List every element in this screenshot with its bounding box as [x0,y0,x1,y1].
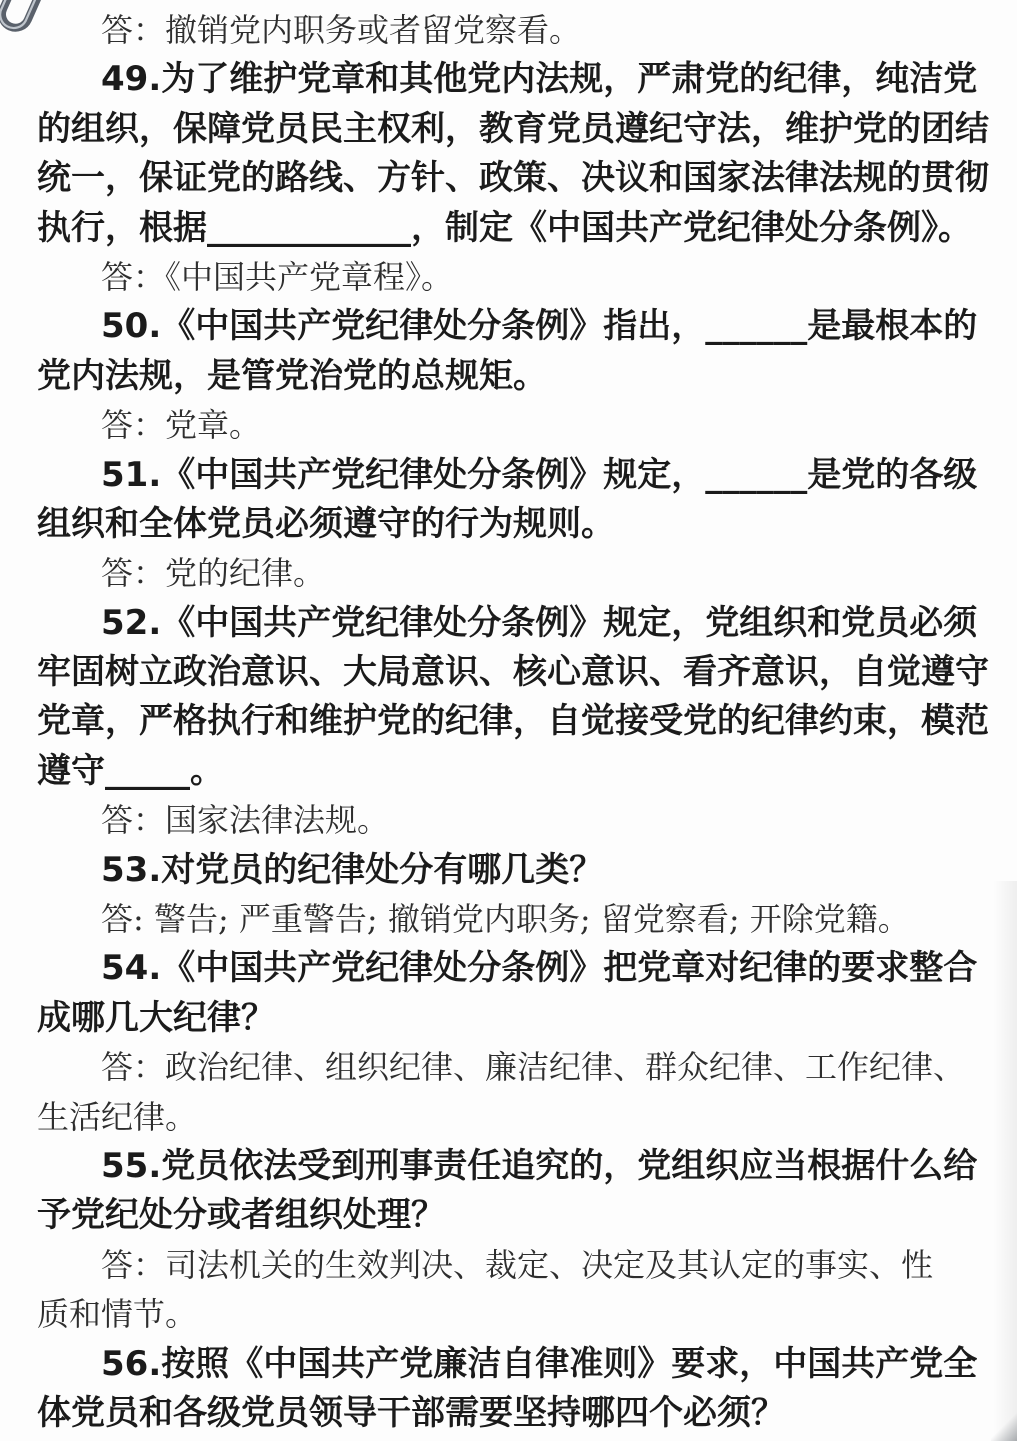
qa-paragraph: 答：国家法律法规。 [37,796,981,845]
answer-line: 答：国家法律法规。 [37,796,981,845]
qa-paragraph: 51.《中国共产党纪律处分条例》规定，______是党的各级 组织和全体党员必须… [37,451,981,550]
answer-line: 答：司法机关的生效判决、裁定、决定及其认定的事实、性 [37,1241,981,1290]
qa-paragraph: 答：党章。 [37,401,981,450]
qa-paragraph: 53.对党员的纪律处分有哪几类？ [37,846,981,895]
document-page: 答：撤销党内职务或者留党察看。 49.为了维护党章和其他党内法规，严肃党的纪律，… [0,0,1017,1441]
question-line: 牢固树立政治意识、大局意识、核心意识、看齐意识，自觉遵守 [37,648,981,697]
question-line: 49.为了维护党章和其他党内法规，严肃党的纪律，纯洁党 [37,55,981,104]
qa-paragraph: 55.党员依法受到刑事责任追究的，党组织应当根据什么给 予党纪处分或者组织处理？ [37,1142,981,1241]
question-line: 50.《中国共产党纪律处分条例》指出，______是最根本的 [37,302,981,351]
qa-paragraph: 54.《中国共产党纪律处分条例》把党章对纪律的要求整合 成哪几大纪律？ [37,944,981,1043]
qa-paragraph: 56.按照《中国共产党廉洁自律准则》要求，中国共产党全 体党员和各级党员领导干部… [37,1340,981,1439]
answer-line: 答：党章。 [37,401,981,450]
question-line: 组织和全体党员必须遵守的行为规则。 [37,500,981,549]
question-line: 党内法规，是管党治党的总规矩。 [37,352,981,401]
question-line: 53.对党员的纪律处分有哪几类？ [37,846,981,895]
qa-paragraph: 答：政治纪律、组织纪律、廉洁纪律、群众纪律、工作纪律、 生活纪律。 [37,1043,981,1142]
answer-line: 生活纪律。 [37,1093,981,1142]
question-line: 52.《中国共产党纪律处分条例》规定，党组织和党员必须 [37,599,981,648]
qa-paragraph: 答：《中国共产党章程》。 [37,253,981,302]
answer-line: 答：《中国共产党章程》。 [37,253,981,302]
qa-paragraph: 答: 警告; 严重警告; 撤销党内职务; 留党察看; 开除党籍。 [37,895,981,944]
question-line: 55.党员依法受到刑事责任追究的，党组织应当根据什么给 [37,1142,981,1191]
answer-line: 答: 警告; 严重警告; 撤销党内职务; 留党察看; 开除党籍。 [37,895,981,944]
qa-paragraph: 答：司法机关的生效判决、裁定、决定及其认定的事实、性 质和情节。 [37,1241,981,1340]
page-edge-shadow [993,881,1017,1441]
qa-paragraph: 52.《中国共产党纪律处分条例》规定，党组织和党员必须 牢固树立政治意识、大局意… [37,599,981,797]
question-line: 的组织，保障党员民主权利，教育党员遵纪守法，维护党的团结 [37,105,981,154]
qa-paragraph: 答：撤销党内职务或者留党察看。 [37,6,981,55]
answer-line: 质和情节。 [37,1290,981,1339]
answer-line: 答：政治纪律、组织纪律、廉洁纪律、群众纪律、工作纪律、 [37,1043,981,1092]
question-line: 统一，保证党的路线、方针、政策、决议和国家法律法规的贯彻 [37,154,981,203]
question-line: 遵守_____。 [37,747,981,796]
question-line: 56.按照《中国共产党廉洁自律准则》要求，中国共产党全 [37,1340,981,1389]
document-text: 答：撤销党内职务或者留党察看。 49.为了维护党章和其他党内法规，严肃党的纪律，… [37,6,981,1438]
answer-line: 答：党的纪律。 [37,549,981,598]
question-line: 予党纪处分或者组织处理？ [37,1191,981,1240]
qa-paragraph: 49.为了维护党章和其他党内法规，严肃党的纪律，纯洁党 的组织，保障党员民主权利… [37,55,981,253]
question-line: 54.《中国共产党纪律处分条例》把党章对纪律的要求整合 [37,944,981,993]
question-line: 体党员和各级党员领导干部需要坚持哪四个必须？ [37,1389,981,1438]
question-line: 成哪几大纪律？ [37,994,981,1043]
question-line: 执行，根据____________，制定《中国共产党纪律处分条例》。 [37,204,981,253]
qa-paragraph: 答：党的纪律。 [37,549,981,598]
qa-paragraph: 50.《中国共产党纪律处分条例》指出，______是最根本的 党内法规，是管党治… [37,302,981,401]
question-line: 51.《中国共产党纪律处分条例》规定，______是党的各级 [37,451,981,500]
answer-line: 答：撤销党内职务或者留党察看。 [37,6,981,55]
question-line: 党章，严格执行和维护党的纪律，自觉接受党的纪律约束，模范 [37,697,981,746]
corner-shadow [991,1409,1017,1441]
